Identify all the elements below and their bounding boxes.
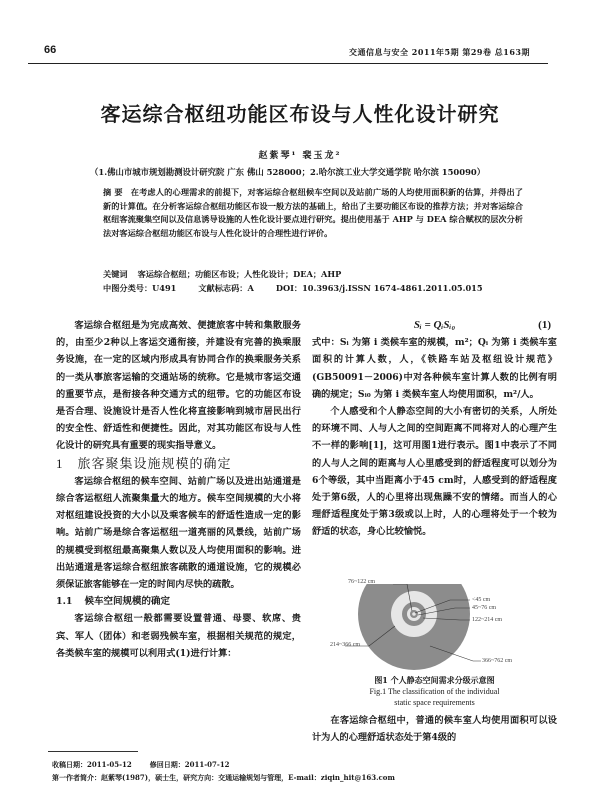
paragraph-waiting-room: 在客运综合枢纽中，普通的候车室人均使用面积可以设计为人的心理舒适状态处于第4级的 [312, 712, 557, 746]
caption-chinese: 图1 个人静态空间需求分级示意图 [312, 675, 557, 686]
section-1-paragraph: 客运综合枢纽的候车空间、站前广场以及进出站通道是综合客运枢纽人流聚集量大的地方。… [56, 473, 301, 593]
subsection-number: 1.1 [56, 596, 73, 607]
article-title: 客运综合枢纽功能区布设与人性化设计研究 [0, 98, 600, 127]
section-1-1-paragraph: 客运综合枢纽一般都需要设置普通、母婴、软席、贵宾、军人（团体）和老弱残候车室，根… [56, 610, 301, 662]
doi: DOI：10.3963/j.ISSN 1674-4861.2011.05.015 [276, 283, 483, 293]
figure-1-caption: 图1 个人静态空间需求分级示意图 Fig.1 The classificatio… [312, 675, 557, 708]
header-divider [28, 63, 548, 64]
author-affiliation: （1.佛山市城市规划勘测设计研究院 广东 佛山 528000；2.哈尔滨工业大学… [90, 166, 485, 178]
journal-info: 交通信息与安全 2011年5期 第29卷 总163期 [349, 47, 530, 58]
label-lt-45: <45 cm [472, 597, 490, 603]
equation-1: Sᵢ = QᵢSᵢ₀ (1) [312, 317, 557, 334]
footnote-divider [48, 751, 138, 752]
right-column-continued: 在客运综合枢纽中，普通的候车室人均使用面积可以设计为人的心理舒适状态处于第4级的 [312, 712, 557, 746]
keywords-label: 关键词 [103, 269, 128, 279]
label-214-366: 214~366 cm [330, 642, 360, 648]
caption-english-line2: static space requirements [312, 697, 557, 708]
page-number: 66 [44, 44, 56, 56]
intro-paragraph: 客运综合枢纽是为完成高效、便捷旅客中转和集散服务的，由至少2种以上客运交通衔接，… [56, 317, 301, 455]
label-122-214: 122~214 cm [472, 617, 502, 623]
abstract-label: 摘 要 [103, 187, 123, 197]
abstract: 摘 要在考虑人的心理需求的前提下，对客运综合枢纽候车空间以及站前广场的人均使用面… [103, 186, 523, 240]
revised-date: 修回日期：2011-07-12 [150, 760, 230, 769]
left-column: 客运综合枢纽是为完成高效、便捷旅客中转和集散服务的，由至少2种以上客运交通衔接，… [56, 317, 301, 662]
section-1-heading: 1旅客聚集设施规模的确定 [56, 455, 301, 473]
section-title: 旅客聚集设施规模的确定 [78, 457, 232, 472]
author-bio: 第一作者简介：赵紫琴(1987)，硕士生，研究方向：交通运输规划与管理，E-ma… [52, 771, 395, 784]
equation-body: Sᵢ = QᵢSᵢ₀ [414, 319, 455, 331]
label-366-762: 366~762 cm [482, 658, 512, 664]
section-1-1-heading: 1.1候车空间规模的确定 [56, 593, 301, 610]
subsection-title: 候车空间规模的确定 [85, 596, 171, 607]
right-column: Sᵢ = QᵢSᵢ₀ (1) 式中：Sᵢ 为第 i 类候车室的规模，m²；Qᵢ … [312, 317, 557, 541]
paragraph-personal-space: 个人感受和个人静态空间的大小有密切的关系，人所处的环境不同、人与人之间的空间距离… [312, 403, 557, 541]
keywords-text: 客运综合枢纽；功能区布设；人性化设计；DEA；AHP [138, 269, 342, 279]
received-date: 收稿日期：2011-05-12 [52, 760, 132, 769]
article-authors: 赵紫琴¹ 裴玉龙² [0, 148, 600, 161]
document-code: 文献标志码：A [198, 283, 253, 293]
label-45-76: 45~76 cm [472, 605, 496, 611]
equation-explanation: 式中：Sᵢ 为第 i 类候车室的规模，m²；Qᵢ 为第 i 类候车室面积的计算人… [312, 334, 557, 403]
abstract-text: 在考虑人的心理需求的前提下，对客运综合枢纽候车空间以及站前广场的人均使用面积新的… [103, 187, 523, 238]
caption-english-line1: Fig.1 The classification of the individu… [312, 686, 557, 697]
label-76-122: 76~122 cm [348, 579, 375, 585]
keywords: 关键词客运综合枢纽；功能区布设；人性化设计；DEA；AHP [103, 269, 341, 280]
section-number: 1 [56, 456, 64, 471]
classification-line: 中图分类号：U491文献标志码：ADOI：10.3963/j.ISSN 1674… [103, 283, 505, 294]
footnote: 收稿日期：2011-05-12修回日期：2011-07-12 第一作者简介：赵紫… [52, 758, 395, 784]
clc-number: 中图分类号：U491 [103, 283, 176, 293]
equation-number: (1) [538, 317, 551, 334]
